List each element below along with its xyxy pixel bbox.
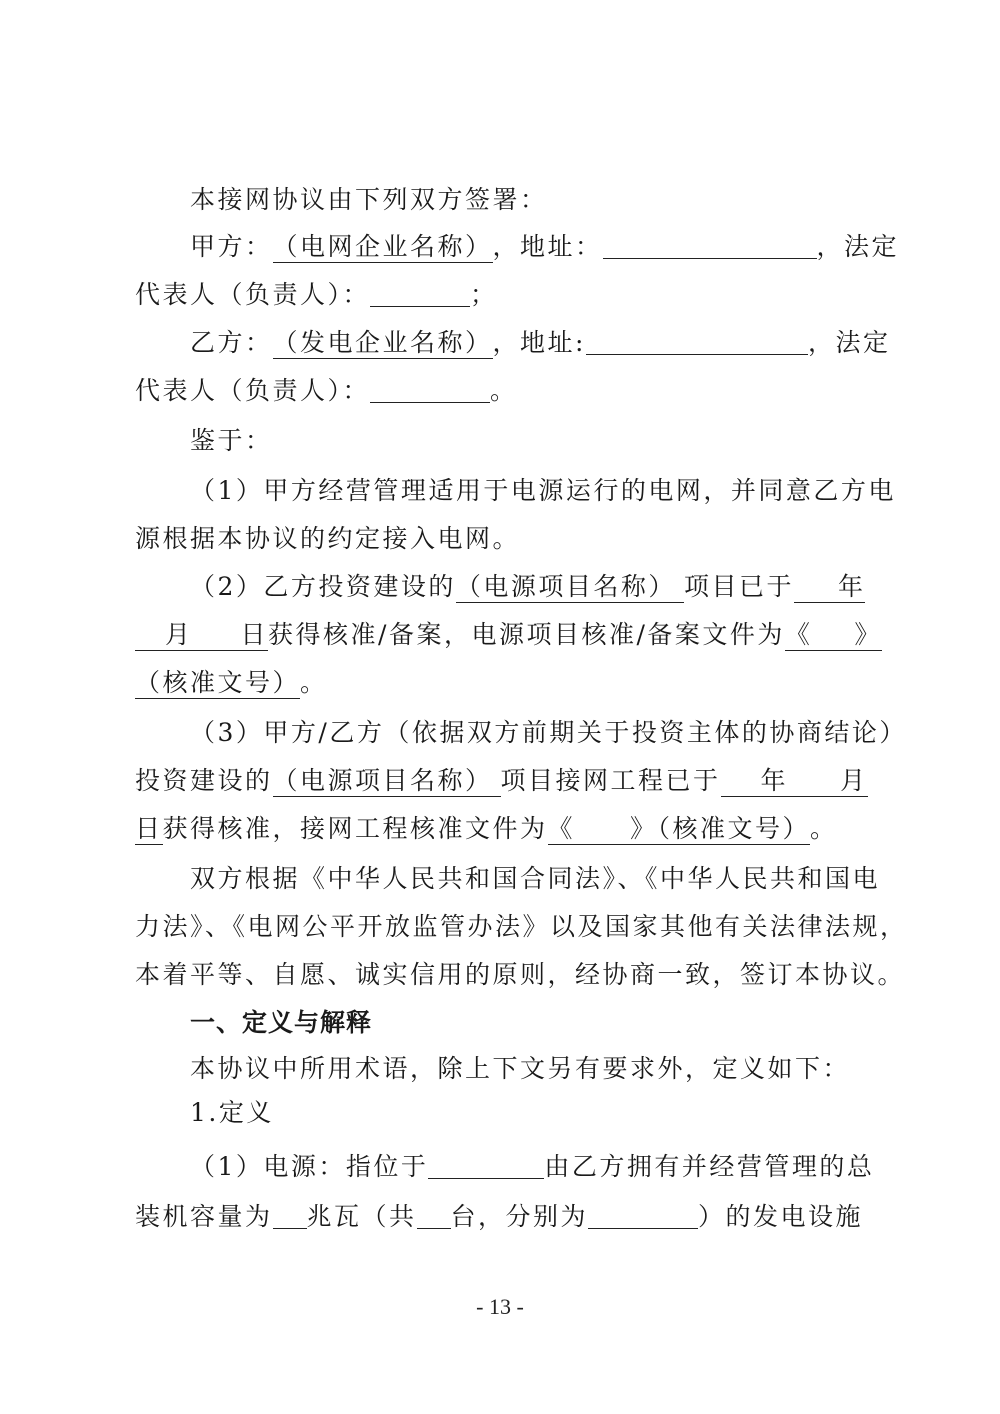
clause3-project: （电源项目名称）	[273, 766, 501, 797]
clause2-line2: 月日获得核准/备案，电源项目核准/备案文件为《》	[135, 618, 880, 652]
clause2-date: 月日	[135, 620, 268, 651]
basis-line2: 力法》、《电网公平开放监管办法》以及国家其他有关法律法规，	[135, 910, 880, 944]
clause2-doc: 《》	[785, 620, 882, 651]
party-a-rep-blank	[370, 282, 470, 307]
clause3-year: 年	[761, 766, 789, 795]
section1-sub: 1.定义	[190, 1096, 880, 1130]
def1-end: ）的发电设施	[698, 1202, 863, 1231]
def1-units-blank	[417, 1204, 451, 1229]
clause3-day: 日	[135, 814, 163, 845]
clause2-mid: 项目已于	[684, 572, 794, 601]
party-b-rep-blank	[370, 378, 490, 403]
party-a-label: 甲方：	[190, 232, 273, 261]
def1-prefix: （1）电源：指位于	[190, 1152, 428, 1181]
party-a-name: （电网企业名称）	[273, 232, 493, 263]
clause2-line1: （2）乙方投资建设的（电源项目名称）项目已于年	[190, 570, 880, 604]
party-a-address-label: ，地址：	[493, 232, 603, 261]
party-b-rep-label: 代表人（负责人）：	[135, 376, 370, 405]
clause3-mid: 项目接网工程已于	[501, 766, 721, 795]
clause2-text2: 获得核准/备案，电源项目核准/备案文件为	[268, 620, 785, 649]
basis-line1: 双方根据《中华人民共和国合同法》、《中华人民共和国电	[190, 862, 880, 896]
section1-intro: 本协议中所用术语，除上下文另有要求外，定义如下：	[190, 1052, 880, 1086]
party-a-line: 甲方：（电网企业名称），地址：，法定	[190, 230, 880, 264]
def1-line2: 装机容量为兆瓦（共台，分别为）的发电设施	[135, 1200, 880, 1234]
clause3-prefix: 投资建设的	[135, 766, 273, 795]
clause3-month: 月	[840, 766, 868, 795]
def1-units-label: 兆瓦（共	[307, 1202, 417, 1231]
def1-each-label: 台，分别为	[451, 1202, 589, 1231]
clause1-line2: 源根据本协议的约定接入电网。	[135, 522, 880, 556]
intro-text: 本接网协议由下列双方签署：	[190, 183, 880, 217]
def1-capacity-blank	[273, 1204, 307, 1229]
party-b-rep-line: 代表人（负责人）：。	[135, 374, 880, 408]
page-number: - 13 -	[0, 1294, 1000, 1320]
clause3-line3: 日获得核准，接网工程核准文件为《 》（核准文号）。	[135, 812, 880, 846]
party-b-address-blank	[586, 330, 808, 355]
party-b-line: 乙方：（发电企业名称），地址:，法定	[190, 326, 880, 360]
party-a-tail: ，法定	[817, 232, 900, 261]
clause3-text3: 获得核准，接网工程核准文件为	[163, 814, 548, 843]
clause3-doc: 《 》（核准文号）	[548, 814, 811, 845]
clause2-day: 日	[241, 620, 269, 649]
def1-each-blank	[588, 1204, 698, 1229]
def1-location-blank	[428, 1154, 544, 1179]
def1-line1: （1）电源：指位于由乙方拥有并经营管理的总	[190, 1150, 880, 1184]
doc-close: 》	[854, 620, 882, 649]
party-b-label: 乙方：	[190, 328, 273, 357]
def1-capacity-label: 装机容量为	[135, 1202, 273, 1231]
clause3-line1: （3）甲方/乙方（依据双方前期关于投资主体的协商结论）	[190, 716, 880, 750]
party-b-tail: ，法定	[808, 328, 891, 357]
clause1-line1: （1）甲方经营管理适用于电源运行的电网，并同意乙方电	[190, 474, 880, 508]
whereas-label: 鉴于：	[190, 424, 880, 458]
party-a-rep-line: 代表人（负责人）：；	[135, 278, 880, 312]
clause3-line2: 投资建设的（电源项目名称）项目接网工程已于年月	[135, 764, 880, 798]
party-b-name: （发电企业名称）	[273, 328, 493, 359]
clause3-end: 。	[810, 814, 838, 843]
clause2-line3: （核准文号）。	[135, 666, 880, 700]
def1-mid: 由乙方拥有并经营管理的总	[544, 1152, 874, 1181]
party-a-rep-end: ；	[470, 280, 498, 309]
doc-open: 《	[785, 620, 813, 649]
clause2-month: 月	[165, 620, 193, 649]
clause2-approval-no: （核准文号）	[135, 668, 300, 699]
party-a-address-blank	[603, 234, 817, 259]
party-b-address-label: ，地址:	[493, 328, 586, 357]
party-a-rep-label: 代表人（负责人）：	[135, 280, 370, 309]
section1-title: 一、定义与解释	[190, 1006, 880, 1040]
clause2-year: 年	[794, 572, 866, 603]
party-b-rep-end: 。	[490, 376, 518, 405]
clause2-end: 。	[300, 668, 328, 697]
basis-line3: 本着平等、自愿、诚实信用的原则，经协商一致，签订本协议。	[135, 958, 880, 992]
clause2-project: （电源项目名称）	[456, 572, 684, 603]
clause3-date: 年月	[721, 766, 868, 797]
clause2-prefix: （2）乙方投资建设的	[190, 572, 456, 601]
